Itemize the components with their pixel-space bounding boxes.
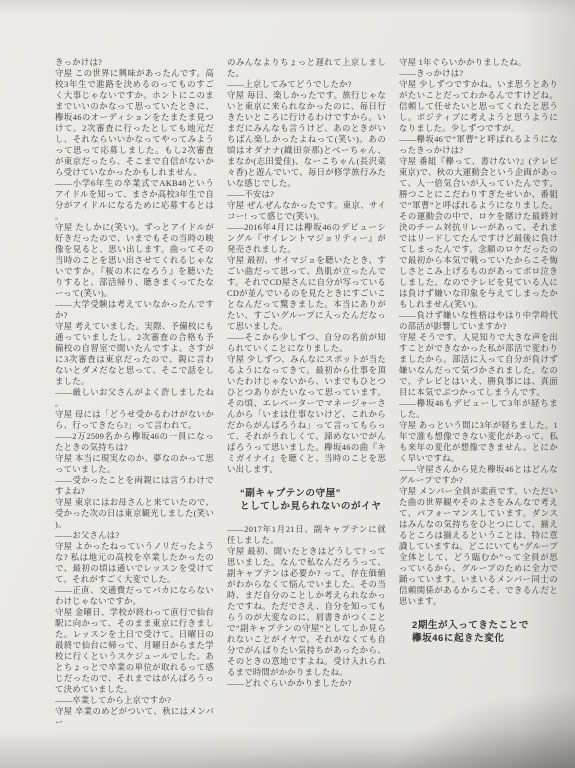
answer-paragraph: 守屋 あっという間に3年が経ちました。1年で誰も想像できない変化があって、私も来… <box>399 420 558 464</box>
interviewer-question: ——正直、交通費だってバカにならないわけじゃないですか。 <box>55 585 214 607</box>
section-heading-line: “副キャプテンの守屋” <box>240 487 386 500</box>
answer-paragraph: 守屋 金曜日、学校が終わって直行で仙台駅に向かって、そのまま東京に行きました。レ… <box>55 607 214 695</box>
text-column-1: きっかけは?守屋 この世界に興味があったんです。高校3年生で進路を決めるのっても… <box>55 57 214 758</box>
answer-paragraph: 守屋 最初、サイマジョを聴いたとき、すごい曲だって思って、鳥肌が立ったんです。そ… <box>227 255 386 332</box>
section-heading-line: 欅坂46に起きた変化 <box>412 632 558 645</box>
interviewer-question: ——厳しいお父さんがよく許しましたね。 <box>55 387 214 409</box>
answer-paragraph: 守屋 1年ぐらいかかりましたね。 <box>399 57 558 68</box>
interviewer-question: ——どれぐらいかかりましたか? <box>227 678 386 689</box>
interviewer-question: ——負けず嫌いな性格はやはり中学時代の部活が影響していますか? <box>399 310 558 332</box>
interviewer-question: ——2万2509名から欅坂46の一員になったときの気持ちは? <box>55 431 214 453</box>
interviewer-question: ——受かったことを両親には言うわけですよね? <box>55 475 214 497</box>
interviewer-question: ——2017年1月21日、副キャプテンに就任しました。 <box>227 524 386 546</box>
answer-paragraph: 守屋 少しずつ、みんなにスポットが当たるようになってきて。最初から仕事を頂いたわ… <box>227 354 386 475</box>
answer-paragraph: 守屋 考えていました。実際、予備校にも通っていましたし。2次審査の合格も予備校の… <box>55 321 214 387</box>
answer-paragraph: 守屋 たしかに(笑い)。ずっとアイドルが好きだったので、いまでもその当時の映像を… <box>55 222 214 299</box>
answer-paragraph: 守屋 本当に現実なのか、夢なのかって思っていました。 <box>55 453 214 475</box>
interviewer-question: ——欅坂46もデビューして3年が経ちました。 <box>399 398 558 420</box>
interviewer-question: ——卒業してから上京ですか? <box>55 695 214 706</box>
answer-paragraph: 守屋 そうです。人見知りで大きな声を出すことができなかった私が部活で変わりました… <box>399 332 558 398</box>
answer-paragraph: 守屋 メンバー全員が素直です。いただいた曲の世界観やそのよさをみんなで考えて、パ… <box>399 486 558 607</box>
interviewer-question: ——守屋さんから見た欅坂46とはどんなグループですか? <box>399 464 558 486</box>
text-column-3: 守屋 1年ぐらいかかりましたね。——きっかけは?守屋 少しずつですかね。いま思う… <box>399 57 558 758</box>
interviewer-question: ——大学受験は考えていなかったんですか? <box>55 299 214 321</box>
answer-paragraph: 守屋 番組『欅って、書けない?』(テレビ東京)で、秋の大運動会という企画があって… <box>399 156 558 310</box>
interviewer-question: ——上京してみてどうでしたか? <box>227 79 386 90</box>
answer-paragraph: 守屋 よかったねっていうノリだったような? 私は地元の高校を卒業したかったので、… <box>55 541 214 585</box>
answer-paragraph: 守屋 母には「どうせ受かるわけがないから、行ってきたら?」って言われて。 <box>55 409 214 431</box>
interviewer-question: ——不安は? <box>227 189 386 200</box>
answer-paragraph: 守屋 卒業のめどがついて、秋にはメンバー <box>55 706 214 728</box>
interviewer-question: ——お父さんは? <box>55 530 214 541</box>
answer-paragraph: 守屋 東京にはお母さんと来ていたので、受かった次の日は東京観光しました(笑い)。 <box>55 497 214 530</box>
continuation-paragraph: きっかけは? <box>55 57 214 68</box>
section-heading: “副キャプテンの守屋”としてしか見られないのがイヤ <box>227 487 386 513</box>
article-columns: きっかけは?守屋 この世界に興味があったんです。高校3年生で進路を決めるのっても… <box>55 57 558 758</box>
answer-paragraph: 守屋 ぜんぜんなかったです。東京、サイコー! って感じで(笑い)。 <box>227 200 386 222</box>
section-heading: 2期生が入ってきたことで欅坂46に起きた変化 <box>399 619 558 645</box>
interviewer-question: ——小学6年生の卒業式でAKB48というアイドルを知って、まさか高校3年生で自分… <box>55 178 214 222</box>
section-heading-line: としてしか見られないのがイヤ <box>240 500 386 513</box>
answer-paragraph: 守屋 最初、聞いたときはどうして? って思いました。なんで私なんだろうって、副キ… <box>227 546 386 678</box>
text-column-2: のみんなよりちょっと遅れて上京しました。——上京してみてどうでしたか?守屋 毎日… <box>227 57 386 758</box>
answer-paragraph: 守屋 この世界に興味があったんです。高校3年生で進路を決めるのってものすごく大事… <box>55 68 214 178</box>
answer-paragraph: 守屋 毎日、楽しかったです。旅行じゃないと東京に来られなかったのに、毎日行きたい… <box>227 90 386 189</box>
interviewer-question: ——欅坂46で“軍曹”と呼ばれるようになったきっかけは? <box>399 134 558 156</box>
interviewer-question: ——きっかけは? <box>399 68 558 79</box>
interviewer-question: ——2016年4月には欅坂46のデビューシングル『サイレントマジョリティー』が発… <box>227 222 386 255</box>
continuation-paragraph: のみんなよりちょっと遅れて上京しました。 <box>227 57 386 79</box>
section-heading-line: 2期生が入ってきたことで <box>412 619 558 632</box>
magazine-page: きっかけは?守屋 この世界に興味があったんです。高校3年生で進路を決めるのっても… <box>0 0 575 768</box>
interviewer-question: ——そこから少しずつ、自分の名前が知られていくことになりました。 <box>227 332 386 354</box>
answer-paragraph: 守屋 少しずつですかね。いま思うとありがたいことだってわかるんですけどね。信頼し… <box>399 79 558 134</box>
